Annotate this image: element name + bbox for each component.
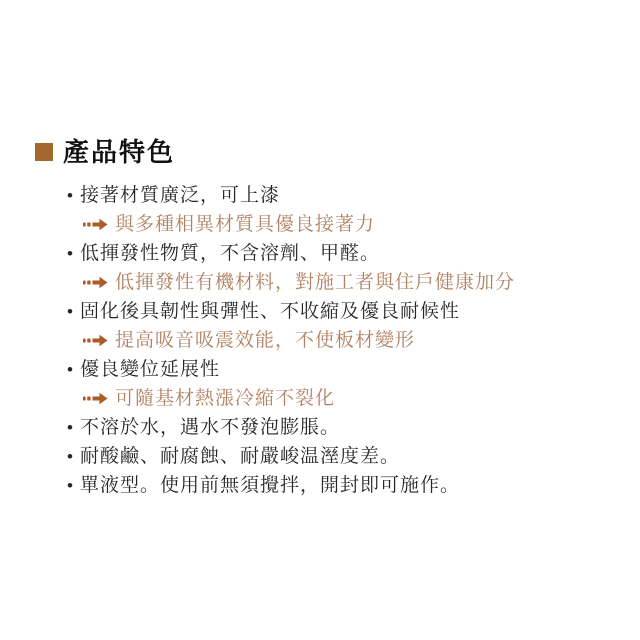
feature-benefit-text: 提高吸音吸震效能，不使板材變形 — [115, 326, 415, 355]
feature-benefit-text: 可隨基材熱漲冷縮不裂化 — [115, 384, 335, 413]
page-title: 產品特色 — [63, 138, 175, 166]
list-item: • 接著材質廣泛，可上漆 與多種相異材質具優良接著力 — [67, 181, 620, 239]
list-item: • 優良變位延展性 可隨基材熱漲冷縮不裂化 — [67, 355, 620, 413]
feature-line: • 耐酸鹼、耐腐蝕、耐嚴峻温溼度差。 — [67, 442, 620, 471]
list-item: • 固化後具韌性與彈性、不收縮及優良耐候性 提高吸音吸震效能，不使板材變形 — [67, 297, 620, 355]
list-item: • 單液型。使用前無須攪拌，開封即可施作。 — [67, 471, 620, 500]
feature-text: 單液型。使用前無須攪拌，開封即可施作。 — [80, 471, 460, 500]
dot-icon: • — [67, 181, 80, 210]
feature-text: 低揮發性物質，不含溶劑、甲醛。 — [80, 239, 380, 268]
dot-icon: • — [67, 442, 80, 471]
feature-sub-line: 與多種相異材質具優良接著力 — [67, 210, 620, 239]
feature-line: • 不溶於水，遇水不發泡膨脹。 — [67, 413, 620, 442]
feature-text: 固化後具韌性與彈性、不收縮及優良耐候性 — [80, 297, 460, 326]
feature-sub-line: 提高吸音吸震效能，不使板材變形 — [67, 326, 620, 355]
feature-line: • 單液型。使用前無須攪拌，開封即可施作。 — [67, 471, 620, 500]
dot-icon: • — [67, 355, 80, 384]
dot-icon: • — [67, 413, 80, 442]
dashed-arrow-right-icon — [83, 275, 108, 290]
list-item: • 低揮發性物質，不含溶劑、甲醛。 低揮發性有機材料，對施工者與住戶健康加分 — [67, 239, 620, 297]
dashed-arrow-right-icon — [83, 217, 108, 232]
square-icon — [35, 143, 53, 161]
section-title: 產品特色 — [35, 138, 620, 166]
dashed-arrow-right-icon — [83, 333, 108, 348]
feature-line: • 低揮發性物質，不含溶劑、甲醛。 — [67, 239, 620, 268]
feature-line: • 接著材質廣泛，可上漆 — [67, 181, 620, 210]
feature-text: 優良變位延展性 — [80, 355, 220, 384]
dashed-arrow-right-icon — [83, 391, 108, 406]
feature-line: • 固化後具韌性與彈性、不收縮及優良耐候性 — [67, 297, 620, 326]
slide: 產品特色 • 接著材質廣泛，可上漆 與多種相異材質具優良接著力 • 低揮發性物質… — [0, 0, 640, 640]
feature-line: • 優良變位延展性 — [67, 355, 620, 384]
list-item: • 耐酸鹼、耐腐蝕、耐嚴峻温溼度差。 — [67, 442, 620, 471]
feature-list: • 接著材質廣泛，可上漆 與多種相異材質具優良接著力 • 低揮發性物質，不含溶劑… — [35, 181, 620, 500]
dot-icon: • — [67, 471, 80, 500]
feature-text: 不溶於水，遇水不發泡膨脹。 — [80, 413, 340, 442]
dot-icon: • — [67, 297, 80, 326]
feature-sub-line: 低揮發性有機材料，對施工者與住戶健康加分 — [67, 268, 620, 297]
feature-text: 耐酸鹼、耐腐蝕、耐嚴峻温溼度差。 — [80, 442, 400, 471]
list-item: • 不溶於水，遇水不發泡膨脹。 — [67, 413, 620, 442]
dot-icon: • — [67, 239, 80, 268]
feature-benefit-text: 低揮發性有機材料，對施工者與住戶健康加分 — [115, 268, 515, 297]
feature-sub-line: 可隨基材熱漲冷縮不裂化 — [67, 384, 620, 413]
feature-text: 接著材質廣泛，可上漆 — [80, 181, 280, 210]
feature-benefit-text: 與多種相異材質具優良接著力 — [115, 210, 375, 239]
